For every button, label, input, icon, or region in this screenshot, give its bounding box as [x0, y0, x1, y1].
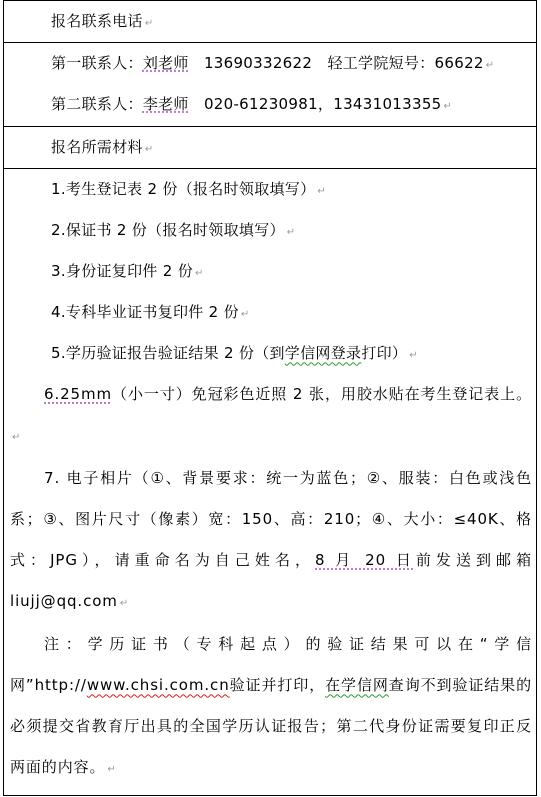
- first-contact-name: 刘老师: [143, 54, 189, 72]
- material-item-text: 打印）: [361, 344, 407, 362]
- material-item-6: 6.25mm（小一寸）免冠彩色近照 2 张，用胶水贴在考生登记表上。↵: [10, 374, 532, 458]
- paragraph-mark-icon: ↵: [486, 60, 494, 71]
- paragraph-mark-icon: ↵: [241, 309, 249, 320]
- materials-cell: 1.考生登记表 2 份（报名时领取填写）↵ 2.保证书 2 份（报名时领取填写）…: [4, 169, 537, 796]
- material-item-5: 5.学历验证报告验证结果 2 份（到学信网登录打印）↵: [10, 333, 532, 374]
- contacts-row: 第一联系人：刘老师 13690332622 轻工学院短号：66622↵ 第二联系…: [4, 43, 537, 127]
- second-contact-label: 第二联系人：: [51, 95, 143, 113]
- material-item-text: 2.保证书 2 份（报名时领取填写）: [51, 221, 285, 239]
- paragraph-mark-icon: ↵: [12, 432, 20, 443]
- material-item-1: 1.考生登记表 2 份（报名时领取填写）↵: [10, 169, 532, 210]
- verification-note: 注：学历证书（专科起点）的验证结果可以在“学信网”http://www.chsi…: [10, 624, 532, 790]
- deadline-date: 8 月 20 日: [315, 551, 416, 569]
- note-text: 验证并打印，: [230, 676, 326, 694]
- material-item-7: 7. 电子相片（①、背景要求：统一为蓝色；②、服装：白色或浅色系；③、图片尺寸（…: [10, 458, 532, 624]
- material-item-2: 2.保证书 2 份（报名时领取填写）↵: [10, 210, 532, 251]
- material-item-text: 3.身份证复印件 2 份: [51, 262, 193, 280]
- materials-row: 1.考生登记表 2 份（报名时领取填写）↵ 2.保证书 2 份（报名时领取填写）…: [4, 169, 537, 796]
- paragraph-mark-icon: ↵: [317, 186, 325, 197]
- second-contact-name: 李老师: [143, 95, 189, 113]
- material-item-text: 1.考生登记表 2 份（报名时领取填写）: [51, 180, 315, 198]
- contacts-cell: 第一联系人：刘老师 13690332622 轻工学院短号：66622↵ 第二联系…: [4, 43, 537, 127]
- smart-tag-text: 6.25mm: [44, 385, 112, 403]
- contact-heading-row: 报名联系电话↵: [4, 1, 537, 43]
- short-number-value: 66622: [435, 54, 484, 72]
- paragraph-mark-icon: ↵: [444, 101, 452, 112]
- materials-heading-row: 报名所需材料↵: [4, 127, 537, 169]
- paragraph-mark-icon: ↵: [145, 18, 153, 29]
- paragraph-mark-icon: ↵: [107, 764, 115, 775]
- materials-heading: 报名所需材料↵: [10, 127, 532, 168]
- materials-heading-cell: 报名所需材料↵: [4, 127, 537, 169]
- short-number-label: 轻工学院短号：: [327, 54, 434, 72]
- materials-heading-text: 报名所需材料: [51, 138, 143, 156]
- first-contact-line: 第一联系人：刘老师 13690332622 轻工学院短号：66622↵: [10, 43, 532, 84]
- contact-heading: 报名联系电话↵: [10, 1, 532, 42]
- material-item-text: （小一寸）免冠彩色近照 2 张，用胶水贴在考生登记表上。: [112, 385, 532, 403]
- material-item-text: 5.学历验证报告验证结果 2 份（到: [51, 344, 285, 362]
- grammar-flagged-text: 学信网登录: [285, 344, 362, 362]
- chsi-url-link[interactable]: www.chsi.com.cn: [87, 676, 230, 694]
- paragraph-mark-icon: ↵: [409, 350, 417, 361]
- enrollment-info-table: 报名联系电话↵ 第一联系人：刘老师 13690332622 轻工学院短号：666…: [3, 0, 537, 796]
- paragraph-mark-icon: ↵: [145, 144, 153, 155]
- contact-heading-text: 报名联系电话: [51, 12, 143, 30]
- first-contact-label: 第一联系人：: [51, 54, 143, 72]
- first-contact-phone: 13690332622: [204, 54, 312, 72]
- paragraph-mark-icon: ↵: [120, 598, 128, 609]
- paragraph-mark-icon: ↵: [287, 227, 295, 238]
- paragraph-mark-icon: ↵: [195, 268, 203, 279]
- contact-heading-cell: 报名联系电话↵: [4, 1, 537, 43]
- grammar-flagged-text: 在学信网: [325, 676, 389, 694]
- second-contact-line: 第二联系人：李老师 020-61230981，13431013355↵: [10, 84, 532, 125]
- material-item-text: 4.专科毕业证书复印件 2 份: [51, 303, 239, 321]
- material-item-3: 3.身份证复印件 2 份↵: [10, 251, 532, 292]
- second-contact-phone: 020-61230981，13431013355: [204, 95, 442, 113]
- material-item-4: 4.专科毕业证书复印件 2 份↵: [10, 292, 532, 333]
